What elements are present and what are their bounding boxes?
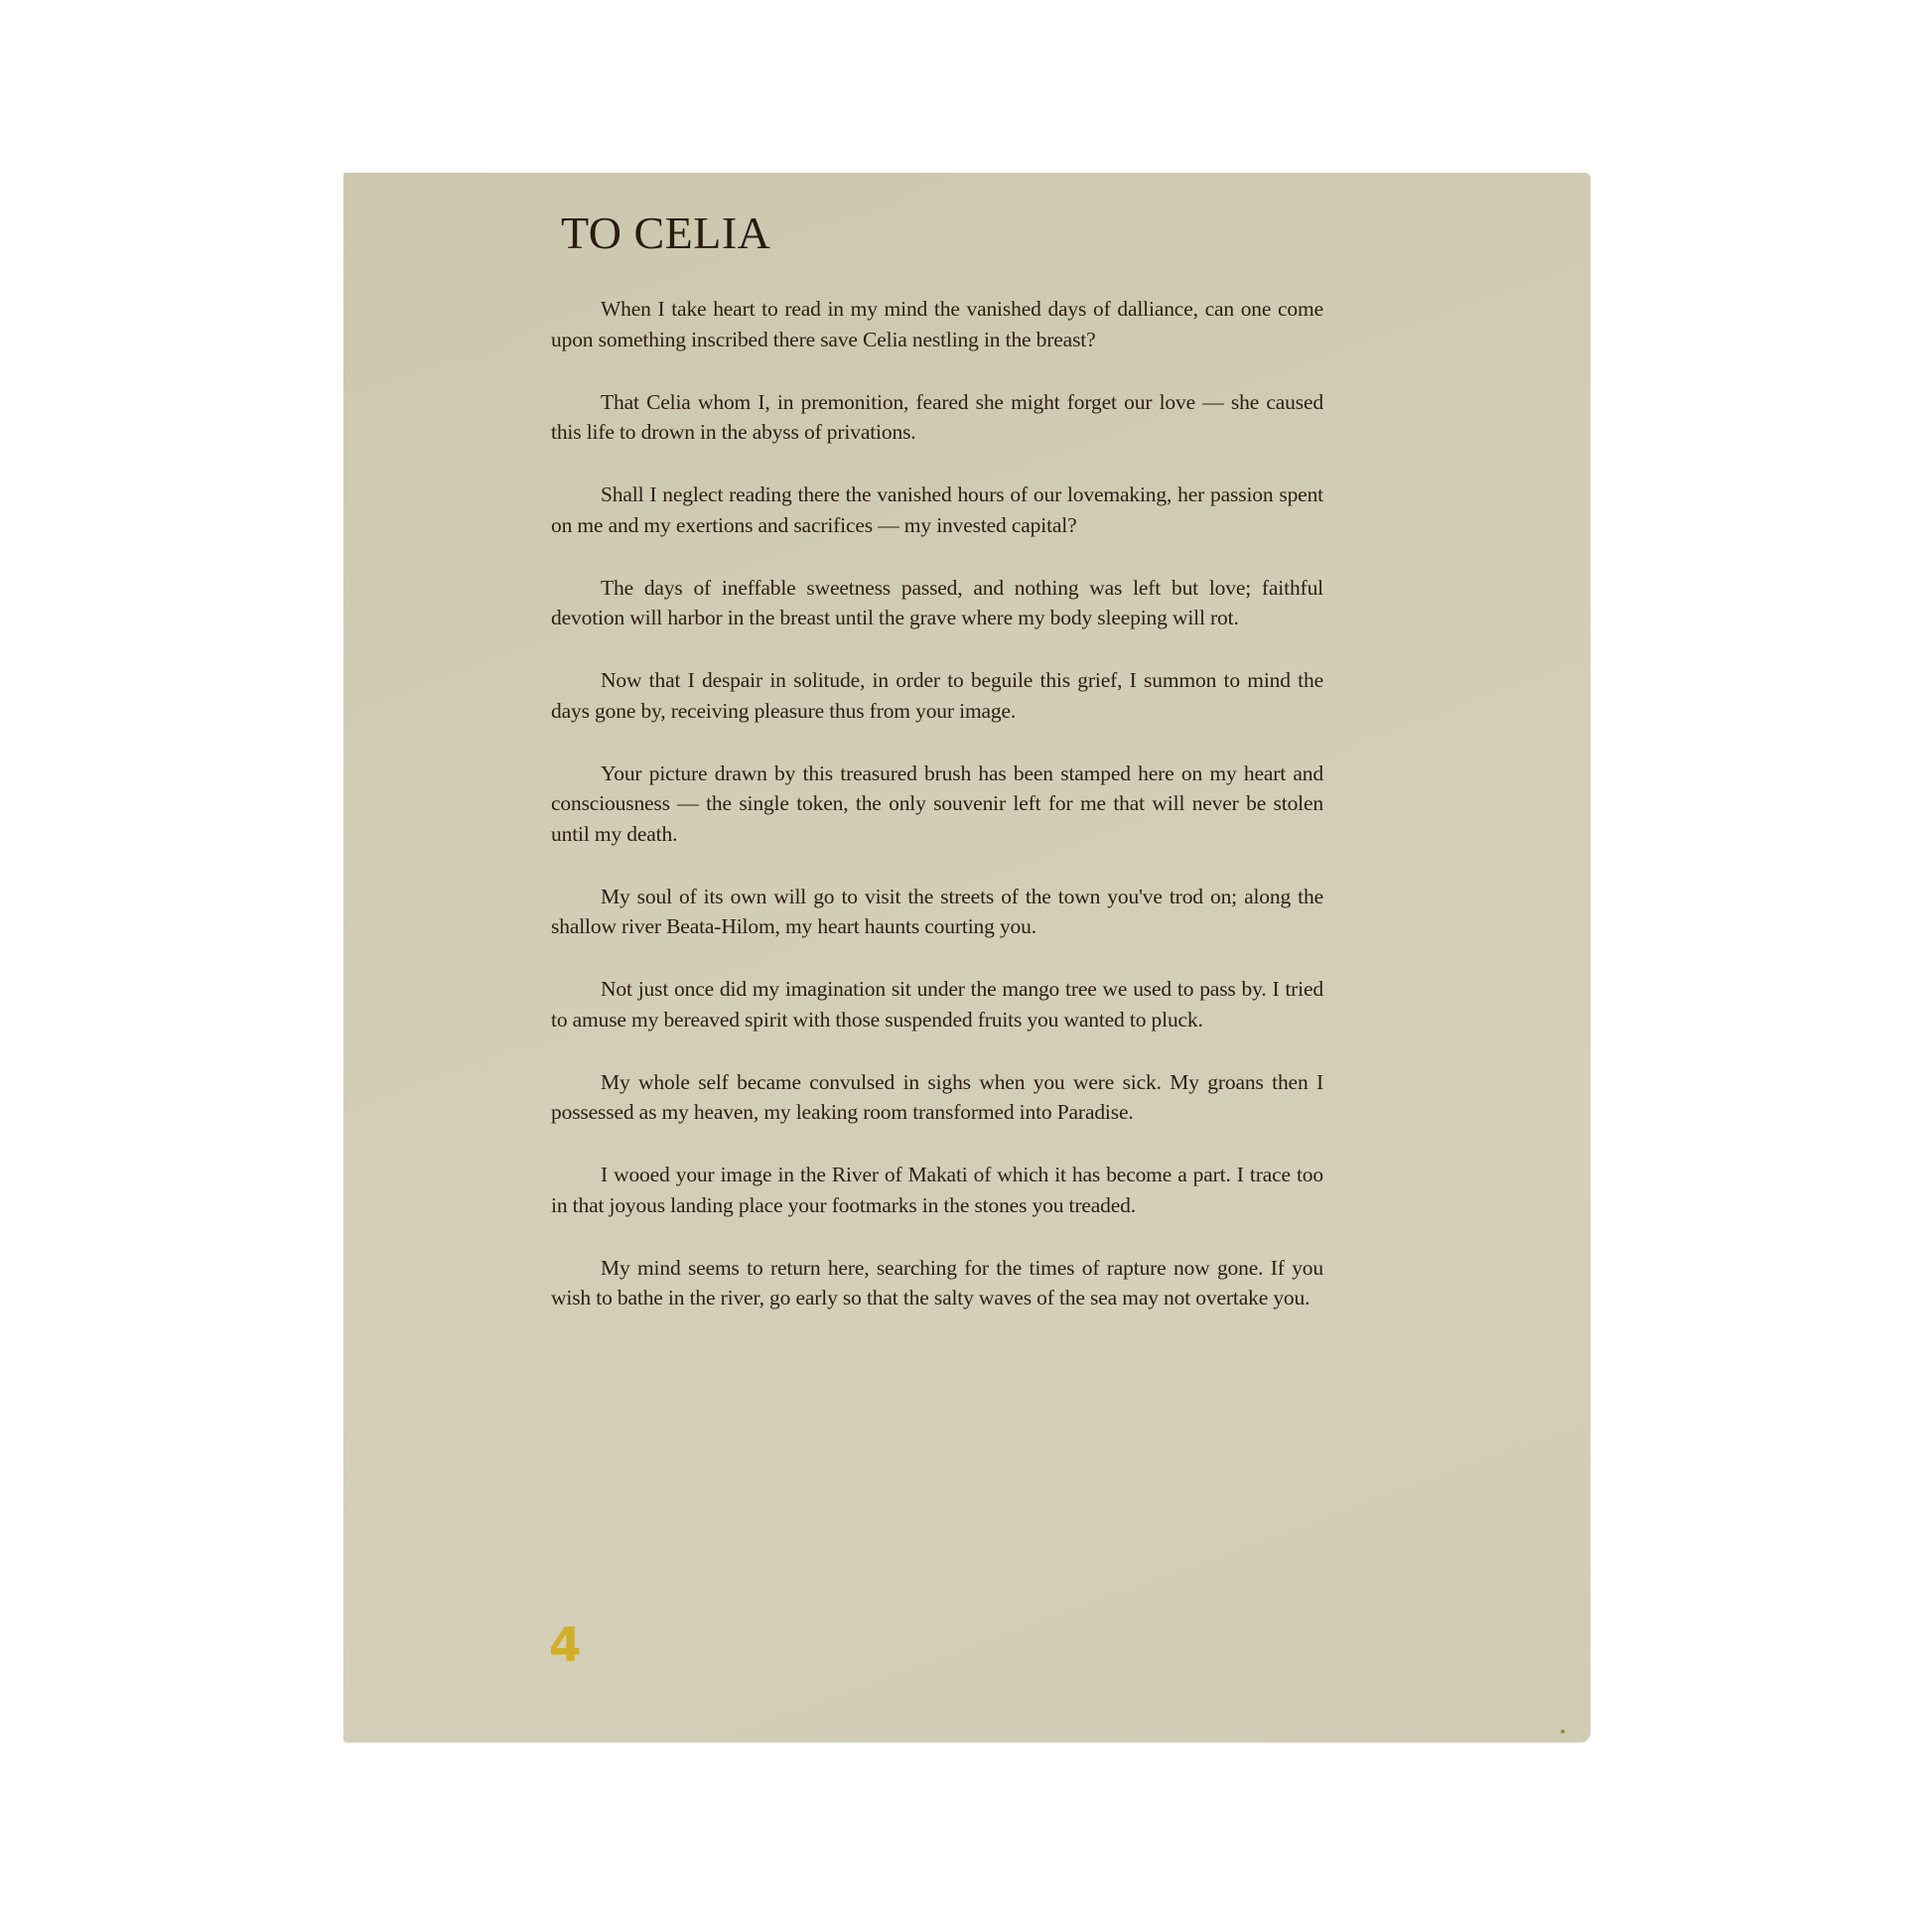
paragraph: Your picture drawn by this treasured bru… xyxy=(551,759,1323,850)
book-page: TO CELIA When I take heart to read in my… xyxy=(344,173,1590,1742)
poem-title: TO CELIA xyxy=(561,210,770,256)
paragraph: I wooed your image in the River of Makat… xyxy=(551,1160,1323,1220)
paragraph: Now that I despair in solitude, in order… xyxy=(551,665,1323,726)
paragraph: The days of ineffable sweetness passed, … xyxy=(551,573,1323,633)
paragraph: My whole self became convulsed in sighs … xyxy=(551,1067,1323,1128)
poem-body: When I take heart to read in my mind the… xyxy=(551,294,1323,1345)
paragraph: Shall I neglect reading there the vanish… xyxy=(551,480,1323,540)
paragraph: My mind seems to return here, searching … xyxy=(551,1253,1323,1313)
paragraph: That Celia whom I, in premonition, feare… xyxy=(551,387,1323,448)
paragraph: Not just once did my imagination sit und… xyxy=(551,974,1323,1035)
paragraph: When I take heart to read in my mind the… xyxy=(551,294,1323,354)
paragraph: My soul of its own will go to visit the … xyxy=(551,882,1323,942)
page-number: 4 xyxy=(549,1622,582,1669)
paper-speck xyxy=(1561,1729,1565,1733)
